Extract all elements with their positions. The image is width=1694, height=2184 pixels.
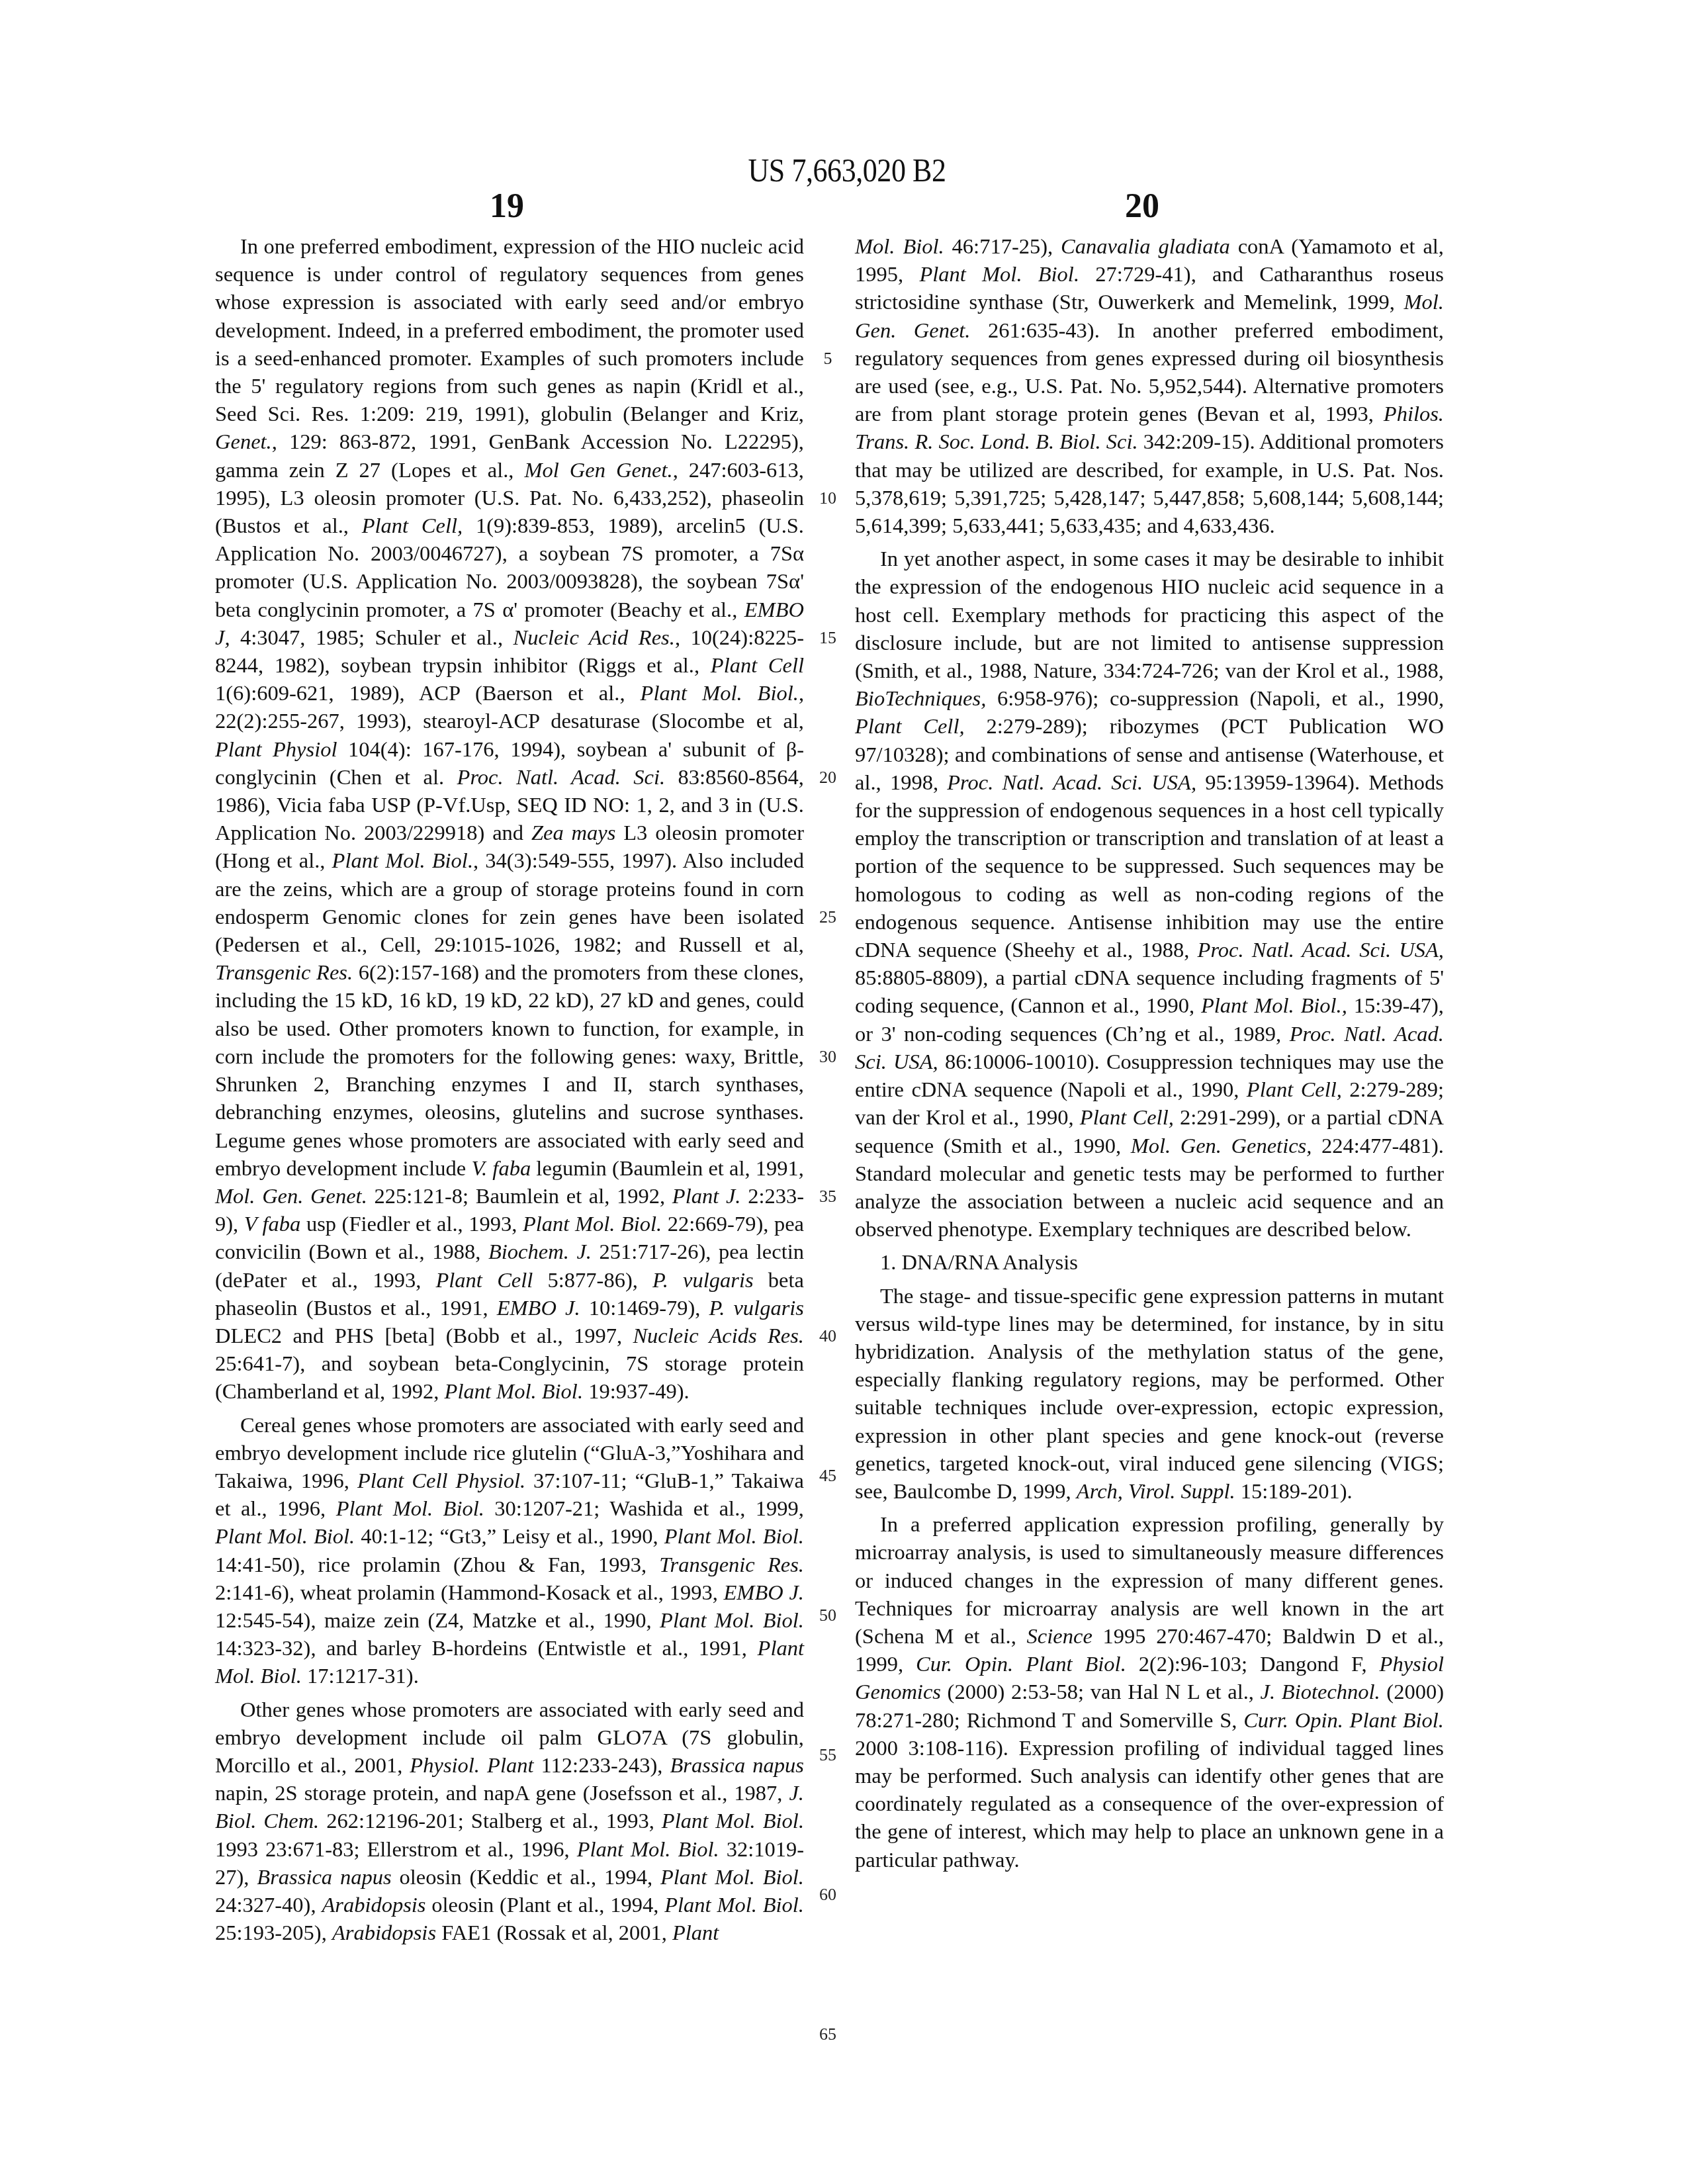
text-run: 30:1207-21; Washida et al., 1999, <box>484 1497 804 1521</box>
citation-italic: Arabidopsis <box>332 1921 436 1945</box>
citation-italic: Arch, Virol. Suppl. <box>1077 1480 1235 1504</box>
line-number: 60 <box>811 1881 844 1909</box>
citation-italic: Arabidopsis <box>322 1893 425 1917</box>
citation-italic: Plant Cell, <box>1080 1106 1174 1130</box>
line-number: 65 <box>811 2021 844 2048</box>
text-run: 46:717-25), <box>944 235 1061 259</box>
text-run: 1. DNA/RNA Analysis <box>880 1251 1078 1275</box>
citation-italic: Transgenic Res. <box>215 961 353 985</box>
citation-italic: Biochem. J. <box>488 1240 592 1264</box>
citation-italic: V. faba <box>471 1157 531 1181</box>
citation-italic: Mol. Biol. <box>855 235 944 259</box>
citation-italic: Mol. Gen. Genetics, <box>1131 1134 1312 1158</box>
citation-italic: Plant <box>672 1921 719 1945</box>
text-run: 6(2):157-168) and the promoters from the… <box>215 961 804 1180</box>
citation-italic: Proc. Natl. Acad. Sci. <box>457 766 666 790</box>
citation-italic: Plant Cell, <box>855 715 965 739</box>
paragraph: Mol. Biol. 46:717-25), Canavalia gladiat… <box>855 233 1444 540</box>
text-run: 40:1-12; “Gt3,” Leisy et al., 1990, <box>355 1525 664 1549</box>
text-run: 1993 23:671-83; Ellerstrom et al., 1996, <box>215 1838 577 1862</box>
text-run: 1(6):609-621, 1989), ACP (Baerson et al.… <box>215 682 641 705</box>
citation-italic: Plant Cell <box>435 1269 533 1293</box>
text-run: legumin (Baumlein et al, 1991, <box>531 1157 804 1181</box>
text-run: 6:958-976); co-suppression (Napoli, et a… <box>986 687 1444 711</box>
text-run: usp (Fiedler et al., 1993, <box>300 1212 523 1236</box>
citation-italic: Plant Cell, <box>362 514 463 538</box>
citation-italic: Proc. Natl. Acad. Sci. USA, <box>947 771 1196 795</box>
section-heading: 1. DNA/RNA Analysis <box>855 1249 1444 1277</box>
citation-italic: Plant Cell <box>711 654 804 678</box>
text-run: FAE1 (Rossak et al, 2001, <box>436 1921 672 1945</box>
citation-italic: Zea mays <box>531 821 615 845</box>
citation-italic: Plant Mol. Biol. <box>664 1893 804 1917</box>
citation-italic: Plant Mol. Biol., <box>1201 994 1347 1018</box>
citation-italic: Genet. <box>215 430 272 454</box>
citation-italic: Plant Mol. Biol. <box>660 1609 804 1633</box>
citation-italic: Mol Gen Genet. <box>524 459 672 482</box>
text-run: (2000) 2:53-58; van Hal N L et al., <box>941 1680 1261 1704</box>
citation-italic: Plant Mol. Biol. <box>664 1525 804 1549</box>
text-run: 12:545-54), maize zein (Z4, Matzke et al… <box>215 1609 660 1633</box>
citation-italic: Physiol. Plant <box>410 1754 533 1778</box>
line-number: 5 <box>811 345 844 373</box>
text-run: 95:13959-13964). Methods for the suppres… <box>855 771 1444 962</box>
text-run: 14:41-50), rice prolamin (Zhou & Fan, 19… <box>215 1553 659 1577</box>
citation-italic: Cur. Opin. Plant Biol. <box>916 1653 1126 1676</box>
citation-italic: P. vulgaris <box>652 1269 754 1293</box>
paragraph: The stage- and tissue-specific gene expr… <box>855 1283 1444 1506</box>
patent-number: US 7,663,020 B2 <box>102 151 1593 189</box>
line-number: 50 <box>811 1602 844 1629</box>
citation-italic: Science <box>1027 1625 1092 1649</box>
left-column-number: 19 <box>490 187 524 226</box>
text-run: 2000 3:108-116). Expression profiling of… <box>855 1737 1444 1872</box>
citation-italic: Plant Mol. Biol. <box>919 263 1079 287</box>
citation-italic: Plant Physiol <box>215 738 337 762</box>
paragraph: In yet another aspect, in some cases it … <box>855 545 1444 1244</box>
citation-italic: Transgenic Res. <box>659 1553 804 1577</box>
right-column-number: 20 <box>1125 187 1159 226</box>
citation-italic: Brassica napus <box>257 1866 391 1889</box>
citation-italic: Plant Mol. Biol. <box>577 1838 719 1862</box>
paragraph: In a preferred application expression pr… <box>855 1511 1444 1874</box>
citation-italic: Canavalia gladiata <box>1061 235 1230 259</box>
right-text-column: Mol. Biol. 46:717-25), Canavalia gladiat… <box>855 233 1444 1874</box>
citation-italic: Plant Mol. Biol. <box>523 1212 662 1236</box>
paragraph: In one preferred embodiment, expression … <box>215 233 804 1406</box>
text-run: oleosin (Keddic et al., 1994, <box>392 1866 660 1889</box>
citation-italic: Plant Cell Physiol. <box>357 1469 525 1493</box>
text-run: napin, 2S storage protein, and napA gene… <box>215 1782 789 1805</box>
line-number: 20 <box>811 764 844 792</box>
text-run: 24:327-40), <box>215 1893 322 1917</box>
text-run: oleosin (Plant et al., 1994, <box>425 1893 664 1917</box>
text-run: 17:1217-31). <box>302 1664 419 1688</box>
citation-italic: Mol. Gen. Genet. <box>215 1185 367 1208</box>
citation-italic: Plant Mol. Biol. <box>336 1497 484 1521</box>
citation-italic: Plant Mol. Biol. <box>332 849 473 873</box>
citation-italic: BioTechniques, <box>855 687 986 711</box>
citation-italic: Curr. Opin. Plant Biol. <box>1243 1709 1444 1733</box>
citation-italic: EMBO J. <box>497 1297 580 1320</box>
text-run: 5:877-86), <box>533 1269 652 1293</box>
line-number: 45 <box>811 1462 844 1490</box>
paragraph: Other genes whose promoters are associat… <box>215 1696 804 1948</box>
text-run: 19:937-49). <box>583 1380 690 1404</box>
text-run: The stage- and tissue-specific gene expr… <box>855 1285 1444 1504</box>
text-run: 4:3047, 1985; Schuler et al., <box>230 626 513 650</box>
text-run: 2(2):96-103; Dangond F, <box>1126 1653 1380 1676</box>
citation-italic: Plant Mol. Biol. <box>641 682 799 705</box>
line-number: 35 <box>811 1183 844 1210</box>
citation-italic: EMBO J. <box>723 1581 804 1605</box>
line-number: 40 <box>811 1322 844 1350</box>
line-number: 25 <box>811 903 844 931</box>
citation-italic: Brassica napus <box>670 1754 803 1778</box>
line-number: 10 <box>811 484 844 512</box>
line-number: 55 <box>811 1741 844 1769</box>
text-run: In one preferred embodiment, expression … <box>215 235 804 426</box>
citation-italic: Plant Mol. Biol. <box>445 1380 583 1404</box>
citation-italic: Nucleic Acid Res. <box>513 626 675 650</box>
paragraph: Cereal genes whose promoters are associa… <box>215 1412 804 1691</box>
text-run: 10:1469-79), <box>580 1297 709 1320</box>
text-run: In yet another aspect, in some cases it … <box>855 547 1444 683</box>
text-run: 25:193-205), <box>215 1921 332 1945</box>
text-run: 2:141-6), wheat prolamin (Hammond-Kosack… <box>215 1581 723 1605</box>
citation-italic: Plant Mol. Biol. <box>660 1866 804 1889</box>
citation-italic: Nucleic Acids Res. <box>633 1324 804 1348</box>
text-run: DLEC2 and PHS [beta] (Bobb et al., 1997, <box>215 1324 633 1348</box>
citation-italic: Proc. Natl. Acad. Sci. USA, <box>1198 938 1444 962</box>
text-run: 262:12196-201; Stalberg et al., 1993, <box>319 1809 662 1833</box>
citation-italic: V faba <box>244 1212 301 1236</box>
citation-italic: J. Biotechnol. <box>1261 1680 1380 1704</box>
citation-italic: Plant Cell, <box>1247 1078 1342 1102</box>
citation-italic: P. vulgaris <box>709 1297 804 1320</box>
text-run: 14:323-32), and barley B-hordeins (Entwi… <box>215 1637 758 1661</box>
citation-italic: Plant J. <box>672 1185 741 1208</box>
text-run: 112:233-243), <box>533 1754 670 1778</box>
line-number: 30 <box>811 1043 844 1071</box>
citation-italic: Plant Mol. Biol. <box>215 1525 355 1549</box>
text-run: 225:121-8; Baumlein et al, 1992, <box>367 1185 672 1208</box>
citation-italic: Plant Mol. Biol. <box>662 1809 804 1833</box>
text-run: 15:189-201). <box>1235 1480 1353 1504</box>
line-number: 15 <box>811 624 844 652</box>
left-text-column: In one preferred embodiment, expression … <box>215 233 804 1947</box>
